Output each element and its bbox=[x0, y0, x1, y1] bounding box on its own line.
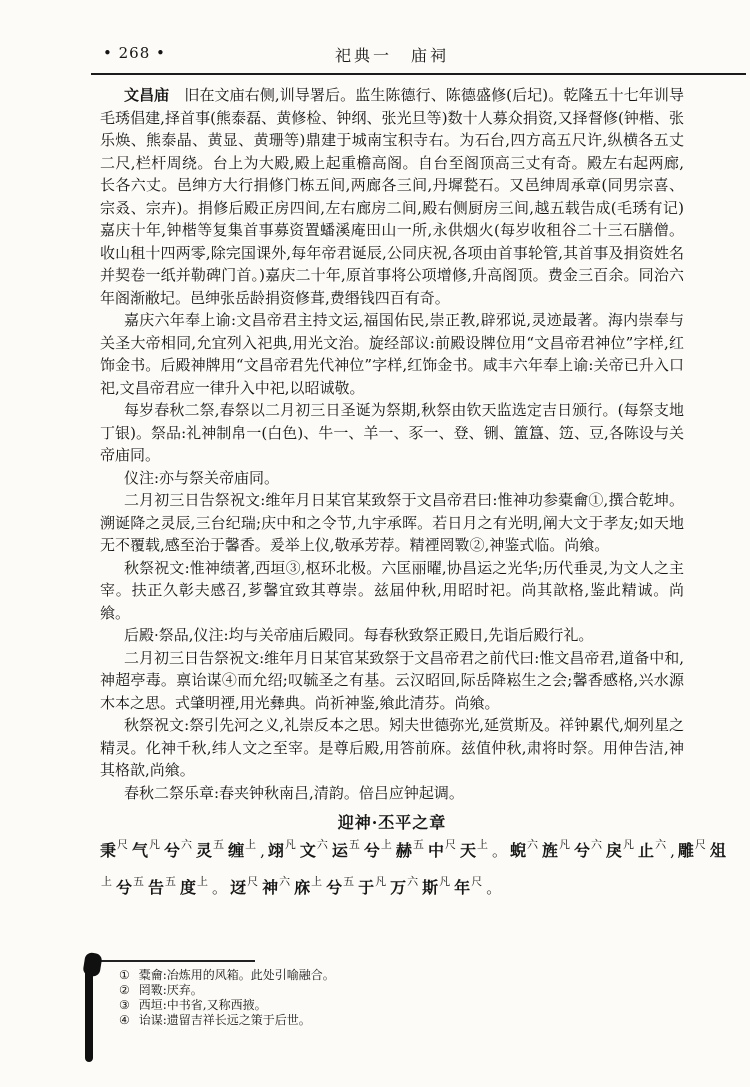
lyric-character: 兮 bbox=[164, 841, 180, 860]
lyric-syllable: 旌凡 bbox=[542, 838, 570, 861]
lyric-character: 缠 bbox=[228, 841, 244, 860]
lyric-syllable: 戾凡 bbox=[606, 838, 634, 861]
gongche-notation-line: 上兮五告五度上。迓尺神六庥上兮五于凡万六斯凡年尺。 bbox=[100, 875, 740, 912]
lyric-character: 庥 bbox=[294, 878, 310, 897]
lyric-syllable: 斯凡 bbox=[422, 875, 450, 898]
footnote-rule bbox=[97, 960, 255, 962]
gongche-note: 凡 bbox=[623, 838, 634, 851]
body-paragraph: 春秋二祭乐章:春夹钟秋南吕,清韵。倍吕应钟起调。 bbox=[100, 782, 684, 805]
lyric-syllable: 庥上 bbox=[294, 875, 322, 898]
gongche-note: 六 bbox=[655, 838, 666, 851]
lyric-character: 戾 bbox=[606, 841, 622, 860]
body-paragraph: 秋祭祝文:祭引先河之义,礼崇反本之思。矧夫世德弥光,延赏斯及。祥钟累代,炯列星之… bbox=[100, 714, 684, 782]
lyric-character: 迓 bbox=[230, 878, 246, 897]
lyric-character: 斯 bbox=[422, 878, 438, 897]
footnote-marker: ④ bbox=[119, 1013, 130, 1027]
lyric-syllable: 止六 bbox=[638, 838, 666, 861]
gongche-notation-line: 秉尺气凡兮六灵五缠上,翊凡文六运五兮上赫五中尺天上。蜺六旌凡兮六戾凡止六,雕尺俎 bbox=[100, 838, 740, 875]
lyric-character: 运 bbox=[332, 841, 348, 860]
gongche-note: 六 bbox=[181, 838, 192, 851]
gongche-note: 尺 bbox=[247, 875, 258, 888]
lyric-character: 旌 bbox=[542, 841, 558, 860]
lyric-syllable: 兮六 bbox=[164, 838, 192, 861]
lyric-character: 中 bbox=[428, 841, 444, 860]
lyric-syllable: 赫五 bbox=[396, 838, 424, 861]
gongche-note: 六 bbox=[407, 875, 418, 888]
section-title: 祀典一 庙祠 bbox=[100, 43, 684, 66]
music-punctuation: , bbox=[670, 842, 675, 860]
gongche-note: 上 bbox=[311, 875, 322, 888]
scan-artifact bbox=[82, 952, 102, 977]
lyric-syllable: 年尺 bbox=[454, 875, 482, 898]
footnote-marker: ① bbox=[119, 968, 130, 982]
body-paragraph: 二月初三日告祭祝文:维年月日某官某致祭于文昌帝君之前代曰:惟文昌帝君,道备中和,… bbox=[100, 647, 684, 715]
music-punctuation: 。 bbox=[212, 879, 227, 897]
lyric-syllable: 度上 bbox=[180, 875, 208, 898]
music-lines: 秉尺气凡兮六灵五缠上,翊凡文六运五兮上赫五中尺天上。蜺六旌凡兮六戾凡止六,雕尺俎… bbox=[100, 838, 740, 912]
footnote-item: ②罔斁:厌弃。 bbox=[119, 983, 639, 998]
footnote-text: 橐龠:冶炼用的风箱。此处引喻融合。 bbox=[139, 968, 335, 982]
lyric-character: 年 bbox=[454, 878, 470, 897]
gongche-note: 五 bbox=[343, 875, 354, 888]
gongche-note: 凡 bbox=[559, 838, 570, 851]
gongche-note: 上 bbox=[101, 875, 112, 888]
gongche-note: 五 bbox=[413, 838, 424, 851]
gongche-note: 凡 bbox=[375, 875, 386, 888]
music-punctuation: , bbox=[260, 842, 265, 860]
footnote-item: ①橐龠:冶炼用的风箱。此处引喻融合。 bbox=[119, 968, 639, 983]
lyric-character: 兮 bbox=[116, 878, 132, 897]
music-punctuation: 。 bbox=[492, 842, 507, 860]
lyric-character: 于 bbox=[358, 878, 374, 897]
lyric-syllable: 俎 bbox=[710, 838, 726, 861]
lyric-syllable: 蜺六 bbox=[510, 838, 538, 861]
footnote-text: 罔斁:厌弃。 bbox=[139, 983, 203, 997]
lyric-character: 天 bbox=[460, 841, 476, 860]
lyric-syllable: 灵五 bbox=[196, 838, 224, 861]
body-paragraph: 嘉庆六年奉上谕:文昌帝君主持文运,福国佑民,崇正教,辟邪说,灵迹最著。海内崇奉与… bbox=[100, 309, 684, 399]
footnote-text: 西垣:中书省,又称西掖。 bbox=[139, 998, 267, 1012]
lyric-syllable: 气凡 bbox=[132, 838, 160, 861]
gongche-note: 尺 bbox=[471, 875, 482, 888]
gongche-note: 凡 bbox=[439, 875, 450, 888]
footnote-item: ③西垣:中书省,又称西掖。 bbox=[119, 998, 639, 1013]
lyric-syllable: 文六 bbox=[300, 838, 328, 861]
gongche-note: 上 bbox=[245, 838, 256, 851]
lyric-character: 气 bbox=[132, 841, 148, 860]
footnote-marker: ③ bbox=[119, 998, 130, 1012]
lyric-syllable: 上 bbox=[100, 878, 112, 897]
gongche-note: 上 bbox=[197, 875, 208, 888]
lyric-syllable: 中尺 bbox=[428, 838, 456, 861]
lyric-character: 赫 bbox=[396, 841, 412, 860]
lyric-character: 兮 bbox=[364, 841, 380, 860]
lyric-syllable: 神六 bbox=[262, 875, 290, 898]
lyric-character: 俎 bbox=[710, 841, 726, 860]
body-paragraph: 仪注:亦与祭关帝庙同。 bbox=[100, 467, 684, 490]
gongche-note: 五 bbox=[213, 838, 224, 851]
footnote-list: ①橐龠:冶炼用的风箱。此处引喻融合。②罔斁:厌弃。③西垣:中书省,又称西掖。④诒… bbox=[119, 968, 639, 1028]
lyric-syllable: 于凡 bbox=[358, 875, 386, 898]
gongche-note: 六 bbox=[279, 875, 290, 888]
gongche-note: 五 bbox=[349, 838, 360, 851]
lyric-syllable: 翊凡 bbox=[268, 838, 296, 861]
lyric-character: 文 bbox=[300, 841, 316, 860]
lyric-syllable: 告五 bbox=[148, 875, 176, 898]
footnote-text: 诒谋:遗留吉祥长远之策于后世。 bbox=[139, 1013, 311, 1027]
music-chapter-heading: 迎神·丕平之章 bbox=[100, 810, 684, 833]
lyric-character: 蜺 bbox=[510, 841, 526, 860]
lyric-character: 告 bbox=[148, 878, 164, 897]
body-paragraph: 每岁春秋二祭,春祭以二月初三日圣诞为祭期,秋祭由钦天监选定吉日颁行。(每祭支地丁… bbox=[100, 399, 684, 467]
gongche-note: 上 bbox=[381, 838, 392, 851]
body-paragraph: 文昌庙 旧在文庙右侧,训导署后。监生陈德行、陈德盛修(后圮)。乾隆五十七年训导毛… bbox=[100, 84, 684, 309]
gongche-note: 六 bbox=[317, 838, 328, 851]
gongche-note: 尺 bbox=[695, 838, 706, 851]
lyric-character: 止 bbox=[638, 841, 654, 860]
header-rule bbox=[91, 73, 746, 75]
gongche-note: 凡 bbox=[285, 838, 296, 851]
body-paragraph: 二月初三日告祭祝文:维年月日某官某致祭于文昌帝君曰:惟神功参橐龠①,撰合乾坤。溯… bbox=[100, 489, 684, 557]
body-text: 文昌庙 旧在文庙右侧,训导署后。监生陈德行、陈德盛修(后圮)。乾隆五十七年训导毛… bbox=[100, 84, 684, 808]
gongche-note: 凡 bbox=[149, 838, 160, 851]
lyric-syllable: 运五 bbox=[332, 838, 360, 861]
music-punctuation: 。 bbox=[486, 879, 501, 897]
lyric-character: 万 bbox=[390, 878, 406, 897]
lyric-character: 度 bbox=[180, 878, 196, 897]
paragraph-lead: 文昌庙 bbox=[124, 86, 169, 104]
gongche-note: 六 bbox=[527, 838, 538, 851]
lyric-syllable: 兮上 bbox=[364, 838, 392, 861]
lyric-syllable: 迓尺 bbox=[230, 875, 258, 898]
gongche-note: 五 bbox=[133, 875, 144, 888]
body-paragraph: 后殿·祭品,仪注:均与关帝庙后殿同。每春秋致祭正殿日,先诣后殿行礼。 bbox=[100, 624, 684, 647]
footnote-item: ④诒谋:遗留吉祥长远之策于后世。 bbox=[119, 1013, 639, 1028]
gongche-note: 五 bbox=[165, 875, 176, 888]
lyric-syllable: 万六 bbox=[390, 875, 418, 898]
lyric-syllable: 兮六 bbox=[574, 838, 602, 861]
gongche-note: 尺 bbox=[117, 838, 128, 851]
lyric-character: 神 bbox=[262, 878, 278, 897]
lyric-character: 灵 bbox=[196, 841, 212, 860]
lyric-syllable: 兮五 bbox=[326, 875, 354, 898]
lyric-character: 翊 bbox=[268, 841, 284, 860]
lyric-character: 兮 bbox=[574, 841, 590, 860]
lyric-syllable: 缠上 bbox=[228, 838, 256, 861]
lyric-character: 雕 bbox=[678, 841, 694, 860]
footnote-marker: ② bbox=[119, 983, 130, 997]
scanned-page: • 268 • 祀典一 庙祠 文昌庙 旧在文庙右侧,训导署后。监生陈德行、陈德盛… bbox=[0, 0, 750, 1087]
gongche-note: 尺 bbox=[445, 838, 456, 851]
gongche-note: 上 bbox=[477, 838, 488, 851]
gongche-note: 六 bbox=[591, 838, 602, 851]
lyric-syllable: 兮五 bbox=[116, 875, 144, 898]
body-paragraph: 秋祭祝文:惟神绩著,西垣③,枢环北极。六匡丽曜,协昌运之光华;历代垂灵,为文人之… bbox=[100, 557, 684, 625]
lyric-character: 兮 bbox=[326, 878, 342, 897]
lyric-syllable: 秉尺 bbox=[100, 838, 128, 861]
lyric-character: 秉 bbox=[100, 841, 116, 860]
lyric-syllable: 雕尺 bbox=[678, 838, 706, 861]
lyric-syllable: 天上 bbox=[460, 838, 488, 861]
